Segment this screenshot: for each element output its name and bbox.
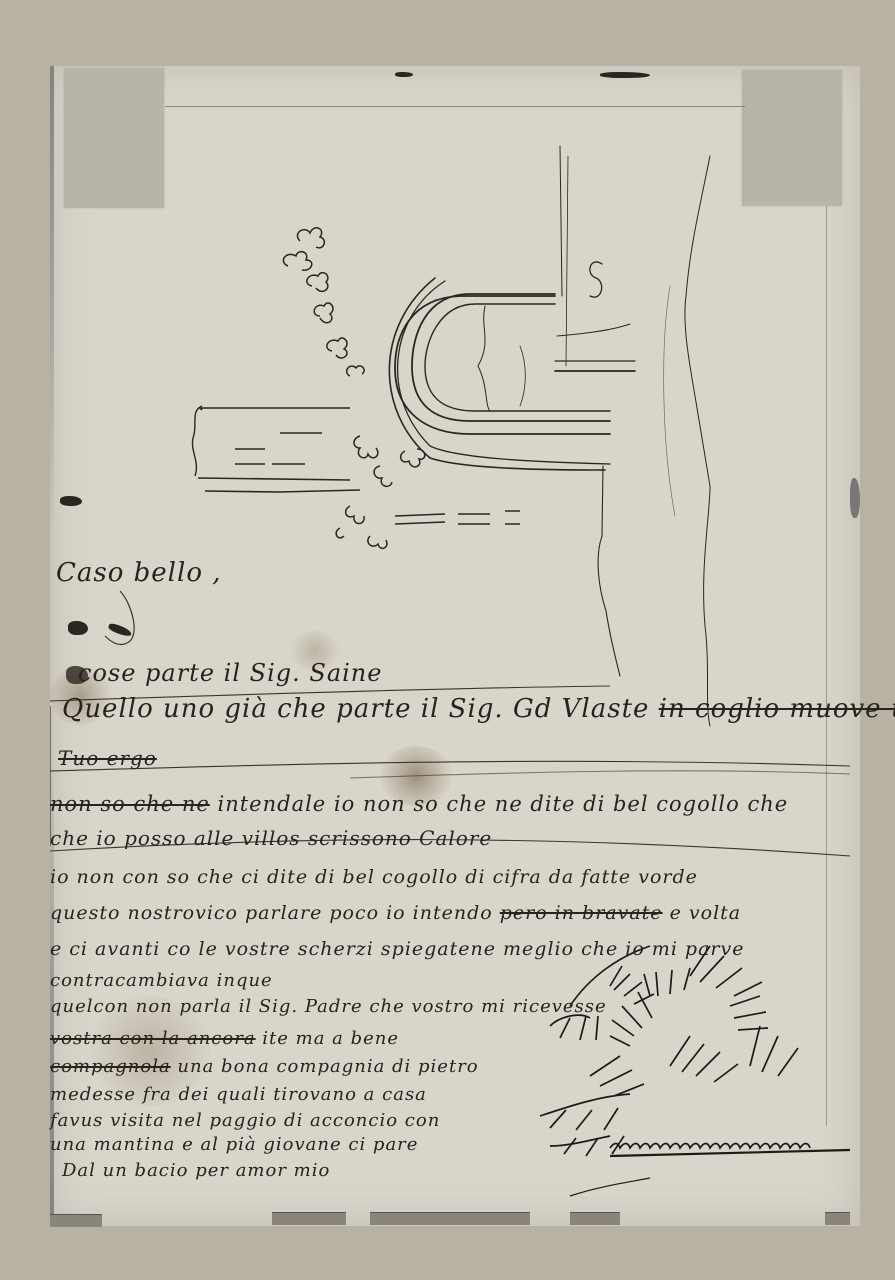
manuscript-sheet: Caso bello , cose parte il Sig. Saine Qu… [50, 66, 860, 1226]
text-line-7a: questo nostrovico parlare poco io intend… [50, 902, 493, 924]
text-line-7b: e volta [670, 902, 742, 924]
bottom-edge-fragment [50, 1214, 102, 1227]
text-line-10: quelcon non parla il Sig. Padre che vost… [50, 996, 607, 1017]
text-line-2b: Gd Vlaste [513, 694, 649, 724]
text-line-15: una mantina e al pià giovane ci pare [50, 1134, 418, 1155]
pen-sketches [50, 66, 860, 1226]
text-line-11: vostra con la ancora ite ma a bene [50, 1028, 399, 1049]
text-line-9: contracambiava inque [50, 970, 273, 991]
text-line-6: io non con so che ci dite di bel cogollo… [50, 866, 698, 888]
text-line-12b: una bona compagnia di pietro [177, 1056, 478, 1077]
foliage-sketch [283, 228, 424, 549]
bottom-edge-fragment [570, 1212, 620, 1225]
text-line-16: Dal un bacio per amor mio [62, 1160, 330, 1181]
text-line-2a: Quello uno già che parte il Sig. [62, 694, 504, 724]
shrub-sketch [540, 946, 850, 1196]
text-line-3-struck: Tuo ergo [58, 746, 157, 770]
text-line-4b: intendale io non so che ne dite di bel c… [218, 792, 789, 816]
arch-gateway-sketch [389, 146, 710, 726]
text-line-11-struck: vostra con la ancora [50, 1028, 256, 1049]
text-line-13: medesse fra dei quali tirovano a casa [50, 1084, 427, 1105]
text-line-2: Quello uno già che parte il Sig. Gd Vlas… [62, 694, 895, 724]
text-line-14: favus visita nel paggio di acconcio con [50, 1110, 440, 1131]
text-line-12: compagnola una bona compagnia di pietro [50, 1056, 479, 1077]
text-line-5: che io posso alle villos scrissono Calor… [50, 826, 492, 850]
bottom-edge-fragment [370, 1212, 530, 1225]
text-line-11b: ite ma a bene [262, 1028, 399, 1049]
text-line-7-struck: pero in bravate [500, 902, 663, 924]
text-line-7: questo nostrovico parlare poco io intend… [50, 902, 741, 924]
text-line-4-struck: non so che ne [50, 792, 210, 816]
text-line-4: non so che ne intendale io non so che ne… [50, 792, 788, 816]
bottom-edge-fragment [825, 1212, 850, 1225]
text-line-1: cose parte il Sig. Saine [78, 659, 382, 687]
text-line-2-struck: in coglio muove un [659, 694, 895, 724]
heading-caso-bello: Caso bello , [56, 558, 222, 588]
bottom-edge-fragment [272, 1212, 346, 1225]
text-line-8: e ci avanti co le vostre scherzi spiegat… [50, 938, 744, 960]
text-line-12-struck: compagnola [50, 1056, 171, 1077]
text-line-3: Tuo ergo [58, 746, 157, 770]
